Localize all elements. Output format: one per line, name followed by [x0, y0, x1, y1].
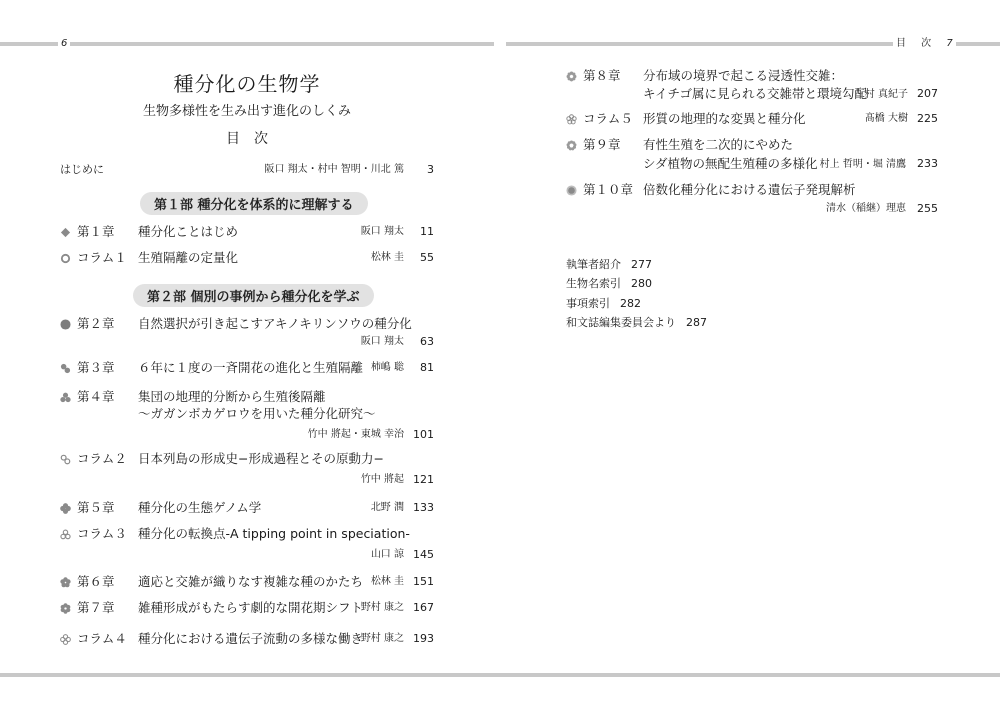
entry-label: 第１章	[77, 224, 115, 240]
toc-entry[interactable]: 第９章 有性生殖を二次的にやめた シダ植物の無配生殖種の多様化 村上 哲明・堀 …	[566, 137, 938, 173]
back-matter-label: 生物名索引	[566, 277, 621, 290]
entry-title: 適応と交雑が織りなす複雑な種のかたち	[138, 574, 363, 590]
entry-label: コラム４	[77, 631, 127, 647]
entry-title: 倍数化種分化における遺伝子発現解析	[643, 182, 856, 198]
three-circles-icon	[60, 392, 71, 403]
header-rule-left	[0, 42, 494, 46]
four-ring-flower-icon	[60, 634, 71, 645]
entry-title: 自然選択が引き起こすアキノキリンソウの種分化	[138, 316, 412, 332]
entry-title-line-1: 分布域の境界で起こる浸透性交雑：	[643, 68, 843, 84]
entry-authors: 山口 諒	[371, 547, 404, 563]
entry-page: 207	[908, 86, 938, 102]
toc-entry[interactable]: 第８章 分布域の境界で起こる浸透性交雑： キイチゴ属に見られる交雑帯と環境勾配 …	[566, 68, 938, 104]
toc-entry[interactable]: コラム３ 種分化の転換点-A tipping point in speciati…	[60, 526, 434, 562]
entry-title: 種分化の生態ゲノム学	[138, 500, 261, 516]
entry-authors: 松林 圭	[371, 250, 404, 266]
entry-title: 種分化の転換点-A tipping point in speciation-	[138, 526, 410, 542]
back-matter-page: 282	[620, 297, 641, 310]
entry-title: 種分化ことはじめ	[138, 224, 238, 240]
entry-authors: 竹中 將起・東城 幸治	[308, 427, 404, 443]
back-matter-item[interactable]: 執筆者紹介277	[566, 256, 652, 272]
toc-entry[interactable]: 第６章 適応と交雑が織りなす複雑な種のかたち 松林 圭 151	[60, 574, 434, 592]
nine-petal-icon	[566, 140, 577, 151]
entry-page: 167	[404, 600, 434, 616]
intro-authors: 阪口 翔太・村中 智明・川北 篤	[204, 162, 404, 178]
entry-authors: 野村 康之	[361, 600, 404, 616]
entry-label: 第５章	[77, 500, 115, 516]
toc-entry[interactable]: 第４章 集団の地理的分断から生殖後隔離 〜ガガンボカゲロウを用いた種分化研究〜 …	[60, 389, 434, 443]
entry-page: 145	[404, 547, 434, 563]
toc-entry[interactable]: 第１章 種分化ことはじめ 阪口 翔太 11	[60, 224, 434, 242]
toc-entry[interactable]: 第５章 種分化の生態ゲノム学 北野 潤 133	[60, 500, 434, 518]
entry-title: 雑種形成がもたらす劇的な開花期シフト	[138, 600, 363, 616]
back-matter-label: 事項索引	[566, 297, 610, 310]
part-heading-2: 第２部 個別の事例から種分化を学ぶ	[133, 284, 374, 307]
toc-entry[interactable]: 第２章 自然選択が引き起こすアキノキリンソウの種分化 阪口 翔太 63	[60, 316, 434, 350]
right-running-head: 目 次 7	[893, 38, 956, 50]
toc-entry[interactable]: コラム５ 形質の地理的な変異と種分化 髙橋 大樹 225	[566, 111, 938, 129]
entry-page: 121	[404, 472, 434, 488]
entry-label: 第７章	[77, 600, 115, 616]
entry-label: 第６章	[77, 574, 115, 590]
entry-label: 第１０章	[583, 182, 633, 198]
entry-title-line-2: キイチゴ属に見られる交雑帯と環境勾配	[643, 86, 867, 102]
eight-petal-icon	[566, 71, 577, 82]
part-heading-1: 第１部 種分化を体系的に理解する	[140, 192, 368, 215]
entry-authors: 三村 真紀子	[855, 87, 908, 103]
entry-authors: 阪口 翔太	[361, 224, 404, 240]
entry-page: 55	[404, 250, 434, 266]
entry-page: 255	[908, 201, 938, 217]
entry-authors: 柿嶋 聡	[371, 360, 404, 376]
running-head-label: 目 次	[896, 38, 937, 49]
entry-title: ６年に１度の一斉開花の進化と生殖隔離	[138, 360, 363, 376]
toc-entry[interactable]: 第７章 雑種形成がもたらす劇的な開花期シフト 野村 康之 167	[60, 600, 434, 618]
entry-authors: 髙橋 大樹	[865, 111, 908, 127]
ring-icon	[60, 253, 71, 264]
entry-title-line-2: 〜ガガンボカゲロウを用いた種分化研究〜	[138, 406, 376, 422]
three-rings-icon	[60, 529, 71, 540]
entry-title-line-1: 集団の地理的分断から生殖後隔離	[138, 389, 326, 405]
back-matter-item[interactable]: 事項索引282	[566, 295, 641, 311]
entry-title: 生殖隔離の定量化	[138, 250, 238, 266]
two-circles-icon	[60, 363, 71, 374]
entry-page: 63	[404, 334, 434, 350]
back-matter-item[interactable]: 生物名索引280	[566, 275, 652, 291]
diamond-icon	[60, 227, 71, 238]
entry-page: 11	[404, 224, 434, 240]
left-page-number: 6	[58, 38, 70, 50]
four-petal-icon	[60, 503, 71, 514]
ringed-disc-icon	[566, 185, 577, 196]
entry-label: 第８章	[583, 68, 621, 84]
toc-entry[interactable]: 第１０章 倍数化種分化における遺伝子発現解析 清水（稲継）理恵 255	[566, 182, 938, 218]
entry-label: コラム３	[77, 526, 127, 542]
entry-label: 第３章	[77, 360, 115, 376]
entry-page: 193	[404, 631, 434, 647]
toc-entry[interactable]: コラム１ 生殖隔離の定量化 松林 圭 55	[60, 250, 434, 268]
entry-title-line-1: 有性生殖を二次的にやめた	[643, 137, 793, 153]
intro-label: はじめに	[60, 162, 104, 178]
book-subtitle: 生物多様性を生み出す進化のしくみ	[0, 100, 494, 119]
entry-title: 形質の地理的な変異と種分化	[643, 111, 806, 127]
toc-intro[interactable]: はじめに 阪口 翔太・村中 智明・川北 篤 3	[60, 162, 434, 178]
entry-page: 101	[404, 427, 434, 443]
book-title: 種分化の生物学	[0, 68, 494, 97]
entry-label: 第９章	[583, 137, 621, 153]
five-petal-icon	[60, 577, 71, 588]
entry-page: 233	[908, 156, 938, 172]
entry-authors: 清水（稲継）理恵	[826, 201, 906, 217]
entry-authors: 北野 潤	[371, 500, 404, 516]
entry-label: コラム２	[77, 451, 127, 467]
entry-page: 151	[404, 574, 434, 590]
entry-label: コラム５	[583, 111, 633, 127]
entry-title-line-2: シダ植物の無配生殖種の多様化	[643, 156, 818, 172]
contents-heading: 目 次	[0, 128, 494, 148]
entry-page: 225	[908, 111, 938, 127]
footer-rule	[0, 673, 1000, 677]
six-petal-icon	[60, 603, 71, 614]
entry-label: 第４章	[77, 389, 115, 405]
two-rings-icon	[60, 454, 71, 465]
back-matter-label: 執筆者紹介	[566, 258, 621, 271]
entry-page: 81	[404, 360, 434, 376]
toc-entry[interactable]: 第３章 ６年に１度の一斉開花の進化と生殖隔離 柿嶋 聡 81	[60, 360, 434, 378]
back-matter-page: 287	[686, 316, 707, 329]
toc-entry[interactable]: コラム４ 種分化における遺伝子流動の多様な働き 野村 康之 193	[60, 631, 434, 649]
entry-title: 日本列島の形成史−形成過程とその原動力−	[138, 451, 384, 467]
entry-label: 第２章	[77, 316, 115, 332]
entry-authors: 野村 康之	[361, 631, 404, 647]
entry-page: 133	[404, 500, 434, 516]
intro-page: 3	[404, 162, 434, 178]
filled-circle-icon	[60, 319, 71, 330]
toc-entry[interactable]: コラム２ 日本列島の形成史−形成過程とその原動力− 竹中 將起 121	[60, 451, 434, 487]
back-matter-page: 277	[631, 258, 652, 271]
back-matter-label: 和文誌編集委員会より	[566, 316, 676, 329]
right-page-number: 7	[946, 38, 952, 49]
entry-authors: 竹中 將起	[361, 472, 404, 488]
back-matter-page: 280	[631, 277, 652, 290]
five-ring-flower-icon	[566, 114, 577, 125]
entry-title: 種分化における遺伝子流動の多様な働き	[138, 631, 363, 647]
entry-authors: 村上 哲明・堀 清鷹	[820, 157, 906, 173]
entry-label: コラム１	[77, 250, 127, 266]
entry-authors: 阪口 翔太	[361, 334, 404, 350]
entry-authors: 松林 圭	[371, 574, 404, 590]
back-matter-item[interactable]: 和文誌編集委員会より287	[566, 314, 707, 330]
